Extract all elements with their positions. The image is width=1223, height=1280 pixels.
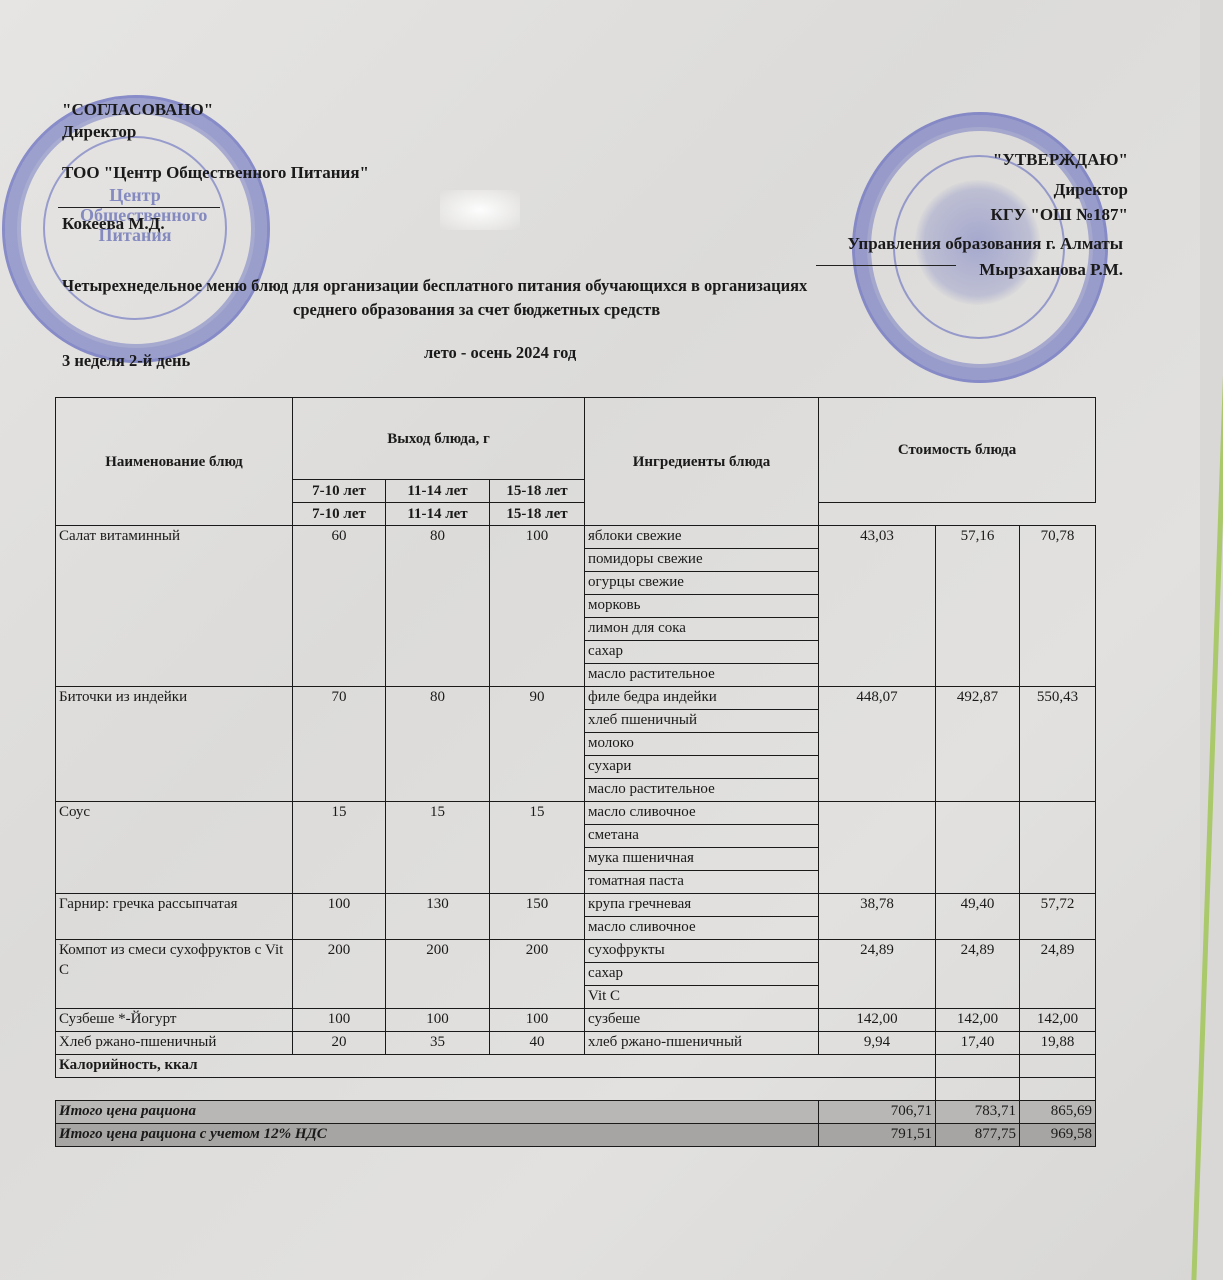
dish-yield: 15	[293, 802, 386, 894]
dish-yield: 70	[293, 687, 386, 802]
dish-yield: 80	[386, 526, 490, 687]
header-dish-name: Наименование блюд	[56, 398, 293, 526]
ingredient: яблоки свежие	[585, 526, 819, 549]
approval-right-position: Директор	[1054, 180, 1128, 200]
dish-name: Салат витаминный	[56, 526, 293, 687]
table-row: Соус151515масло сливочное	[56, 802, 1096, 825]
dish-name: Хлеб ржано-пшеничный	[56, 1032, 293, 1055]
dish-cost: 57,16	[936, 526, 1020, 687]
dish-cost: 24,89	[936, 940, 1020, 1009]
total-label: Итого цена рациона	[56, 1101, 819, 1124]
total-value: 969,58	[1020, 1124, 1096, 1147]
dish-cost	[819, 802, 936, 894]
dish-yield: 20	[293, 1032, 386, 1055]
approval-right-organization: КГУ "ОШ №187"	[991, 205, 1128, 225]
dish-yield: 40	[490, 1032, 585, 1055]
calories-value	[1020, 1055, 1096, 1078]
approval-right-title: "УТВЕРЖДАЮ"	[993, 150, 1128, 170]
dish-yield: 80	[386, 687, 490, 802]
ingredient: сахар	[585, 641, 819, 664]
dish-yield: 130	[386, 894, 490, 940]
table-row: Салат витаминный6080100яблоки свежие43,0…	[56, 526, 1096, 549]
table-row: Сузбеше *-Йогурт100100100сузбеше142,0014…	[56, 1009, 1096, 1032]
dish-cost: 550,43	[1020, 687, 1096, 802]
ingredient: мука пшеничная	[585, 848, 819, 871]
approval-right-department: Управления образования г. Алматы	[847, 234, 1123, 254]
dish-cost: 19,88	[1020, 1032, 1096, 1055]
header-yield-age-1: 7-10 лет	[293, 480, 386, 503]
dish-name: Сузбеше *-Йогурт	[56, 1009, 293, 1032]
dish-yield: 90	[490, 687, 585, 802]
dish-cost: 24,89	[819, 940, 936, 1009]
ingredient: филе бедра индейки	[585, 687, 819, 710]
dish-cost: 38,78	[819, 894, 936, 940]
dish-cost: 70,78	[1020, 526, 1096, 687]
total-value: 865,69	[1020, 1101, 1096, 1124]
document-title-line2: среднего образования за счет бюджетных с…	[293, 300, 660, 320]
ingredient: хлеб ржано-пшеничный	[585, 1032, 819, 1055]
dish-cost: 142,00	[819, 1009, 936, 1032]
header-cost-age-3: 15-18 лет	[490, 503, 585, 526]
dish-yield: 15	[386, 802, 490, 894]
ingredient: сметана	[585, 825, 819, 848]
dish-name: Гарнир: гречка рассыпчатая	[56, 894, 293, 940]
ingredient: масло сливочное	[585, 802, 819, 825]
ingredient: масло растительное	[585, 664, 819, 687]
total-value: 791,51	[819, 1124, 936, 1147]
dish-yield: 150	[490, 894, 585, 940]
document-day: 3 неделя 2-й день	[62, 351, 190, 371]
total-value: 783,71	[936, 1101, 1020, 1124]
ingredient: огурцы свежие	[585, 572, 819, 595]
dish-cost	[936, 802, 1020, 894]
dish-cost: 448,07	[819, 687, 936, 802]
spacer-row	[56, 1078, 1096, 1101]
ingredient: масло сливочное	[585, 917, 819, 940]
dish-yield: 100	[490, 526, 585, 687]
ingredient: помидоры свежие	[585, 549, 819, 572]
total-value: 877,75	[936, 1124, 1020, 1147]
ingredient: лимон для сока	[585, 618, 819, 641]
approval-right-name: Мырзаханова Р.М.	[979, 260, 1123, 280]
ingredient: сахар	[585, 963, 819, 986]
dish-yield: 100	[386, 1009, 490, 1032]
approval-left-name: Кокеева М.Д.	[62, 214, 165, 234]
table-row: Компот из смеси сухофруктов с Vit C20020…	[56, 940, 1096, 963]
total-value: 706,71	[819, 1101, 936, 1124]
dish-cost: 24,89	[1020, 940, 1096, 1009]
dish-cost: 49,40	[936, 894, 1020, 940]
ingredient: сухофрукты	[585, 940, 819, 963]
ingredient: морковь	[585, 595, 819, 618]
dish-yield: 15	[490, 802, 585, 894]
total-row: Итого цена рациона с учетом 12% НДС791,5…	[56, 1124, 1096, 1147]
dish-yield: 200	[386, 940, 490, 1009]
header-ingredients: Ингредиенты блюда	[585, 398, 819, 526]
ingredient: молоко	[585, 733, 819, 756]
glare	[440, 190, 520, 230]
header-yield-age-3: 15-18 лет	[490, 480, 585, 503]
header-yield: Выход блюда, г	[293, 398, 585, 480]
dish-cost: 57,72	[1020, 894, 1096, 940]
header-cost-age-2: 11-14 лет	[386, 503, 490, 526]
approval-left-title: "СОГЛАСОВАНО"	[62, 100, 213, 120]
dish-name: Биточки из индейки	[56, 687, 293, 802]
dish-yield: 35	[386, 1032, 490, 1055]
ingredient: томатная паста	[585, 871, 819, 894]
table-row: Биточки из индейки708090филе бедра индей…	[56, 687, 1096, 710]
dish-cost: 43,03	[819, 526, 936, 687]
ingredient: Vit C	[585, 986, 819, 1009]
ingredient: сухари	[585, 756, 819, 779]
total-label: Итого цена рациона с учетом 12% НДС	[56, 1124, 819, 1147]
signature-line-right	[816, 265, 956, 266]
header-cost-age-1: 7-10 лет	[293, 503, 386, 526]
document-title-line1: Четырехнедельное меню блюд для организац…	[62, 276, 807, 296]
table-row: Гарнир: гречка рассыпчатая100130150крупа…	[56, 894, 1096, 917]
dish-yield: 100	[293, 894, 386, 940]
ingredient: крупа гречневая	[585, 894, 819, 917]
ingredient: хлеб пшеничный	[585, 710, 819, 733]
dish-cost: 142,00	[1020, 1009, 1096, 1032]
ingredient: сузбеше	[585, 1009, 819, 1032]
dish-yield: 60	[293, 526, 386, 687]
dish-cost: 492,87	[936, 687, 1020, 802]
calories-label: Калорийность, ккал	[56, 1055, 936, 1078]
dish-yield: 200	[490, 940, 585, 1009]
signature-line-left	[58, 207, 220, 208]
dish-name: Компот из смеси сухофруктов с Vit C	[56, 940, 293, 1009]
header-yield-age-2: 11-14 лет	[386, 480, 490, 503]
dish-yield: 100	[293, 1009, 386, 1032]
header-cost: Стоимость блюда	[819, 398, 1096, 503]
table-row: Хлеб ржано-пшеничный203540хлеб ржано-пше…	[56, 1032, 1096, 1055]
document-season: лето - осень 2024 год	[424, 343, 576, 363]
ingredient: масло растительное	[585, 779, 819, 802]
dish-yield: 100	[490, 1009, 585, 1032]
calories-value	[936, 1055, 1020, 1078]
total-row: Итого цена рациона706,71783,71865,69	[56, 1101, 1096, 1124]
dish-yield: 200	[293, 940, 386, 1009]
approval-left-position: Директор	[62, 122, 136, 142]
dish-cost: 142,00	[936, 1009, 1020, 1032]
approval-left-organization: ТОО "Центр Общественного Питания"	[62, 163, 369, 183]
menu-table: Наименование блюд Выход блюда, г Ингреди…	[55, 397, 1096, 1147]
dish-name: Соус	[56, 802, 293, 894]
calories-row: Калорийность, ккал	[56, 1055, 1096, 1078]
dish-cost: 9,94	[819, 1032, 936, 1055]
dish-cost: 17,40	[936, 1032, 1020, 1055]
dish-cost	[1020, 802, 1096, 894]
